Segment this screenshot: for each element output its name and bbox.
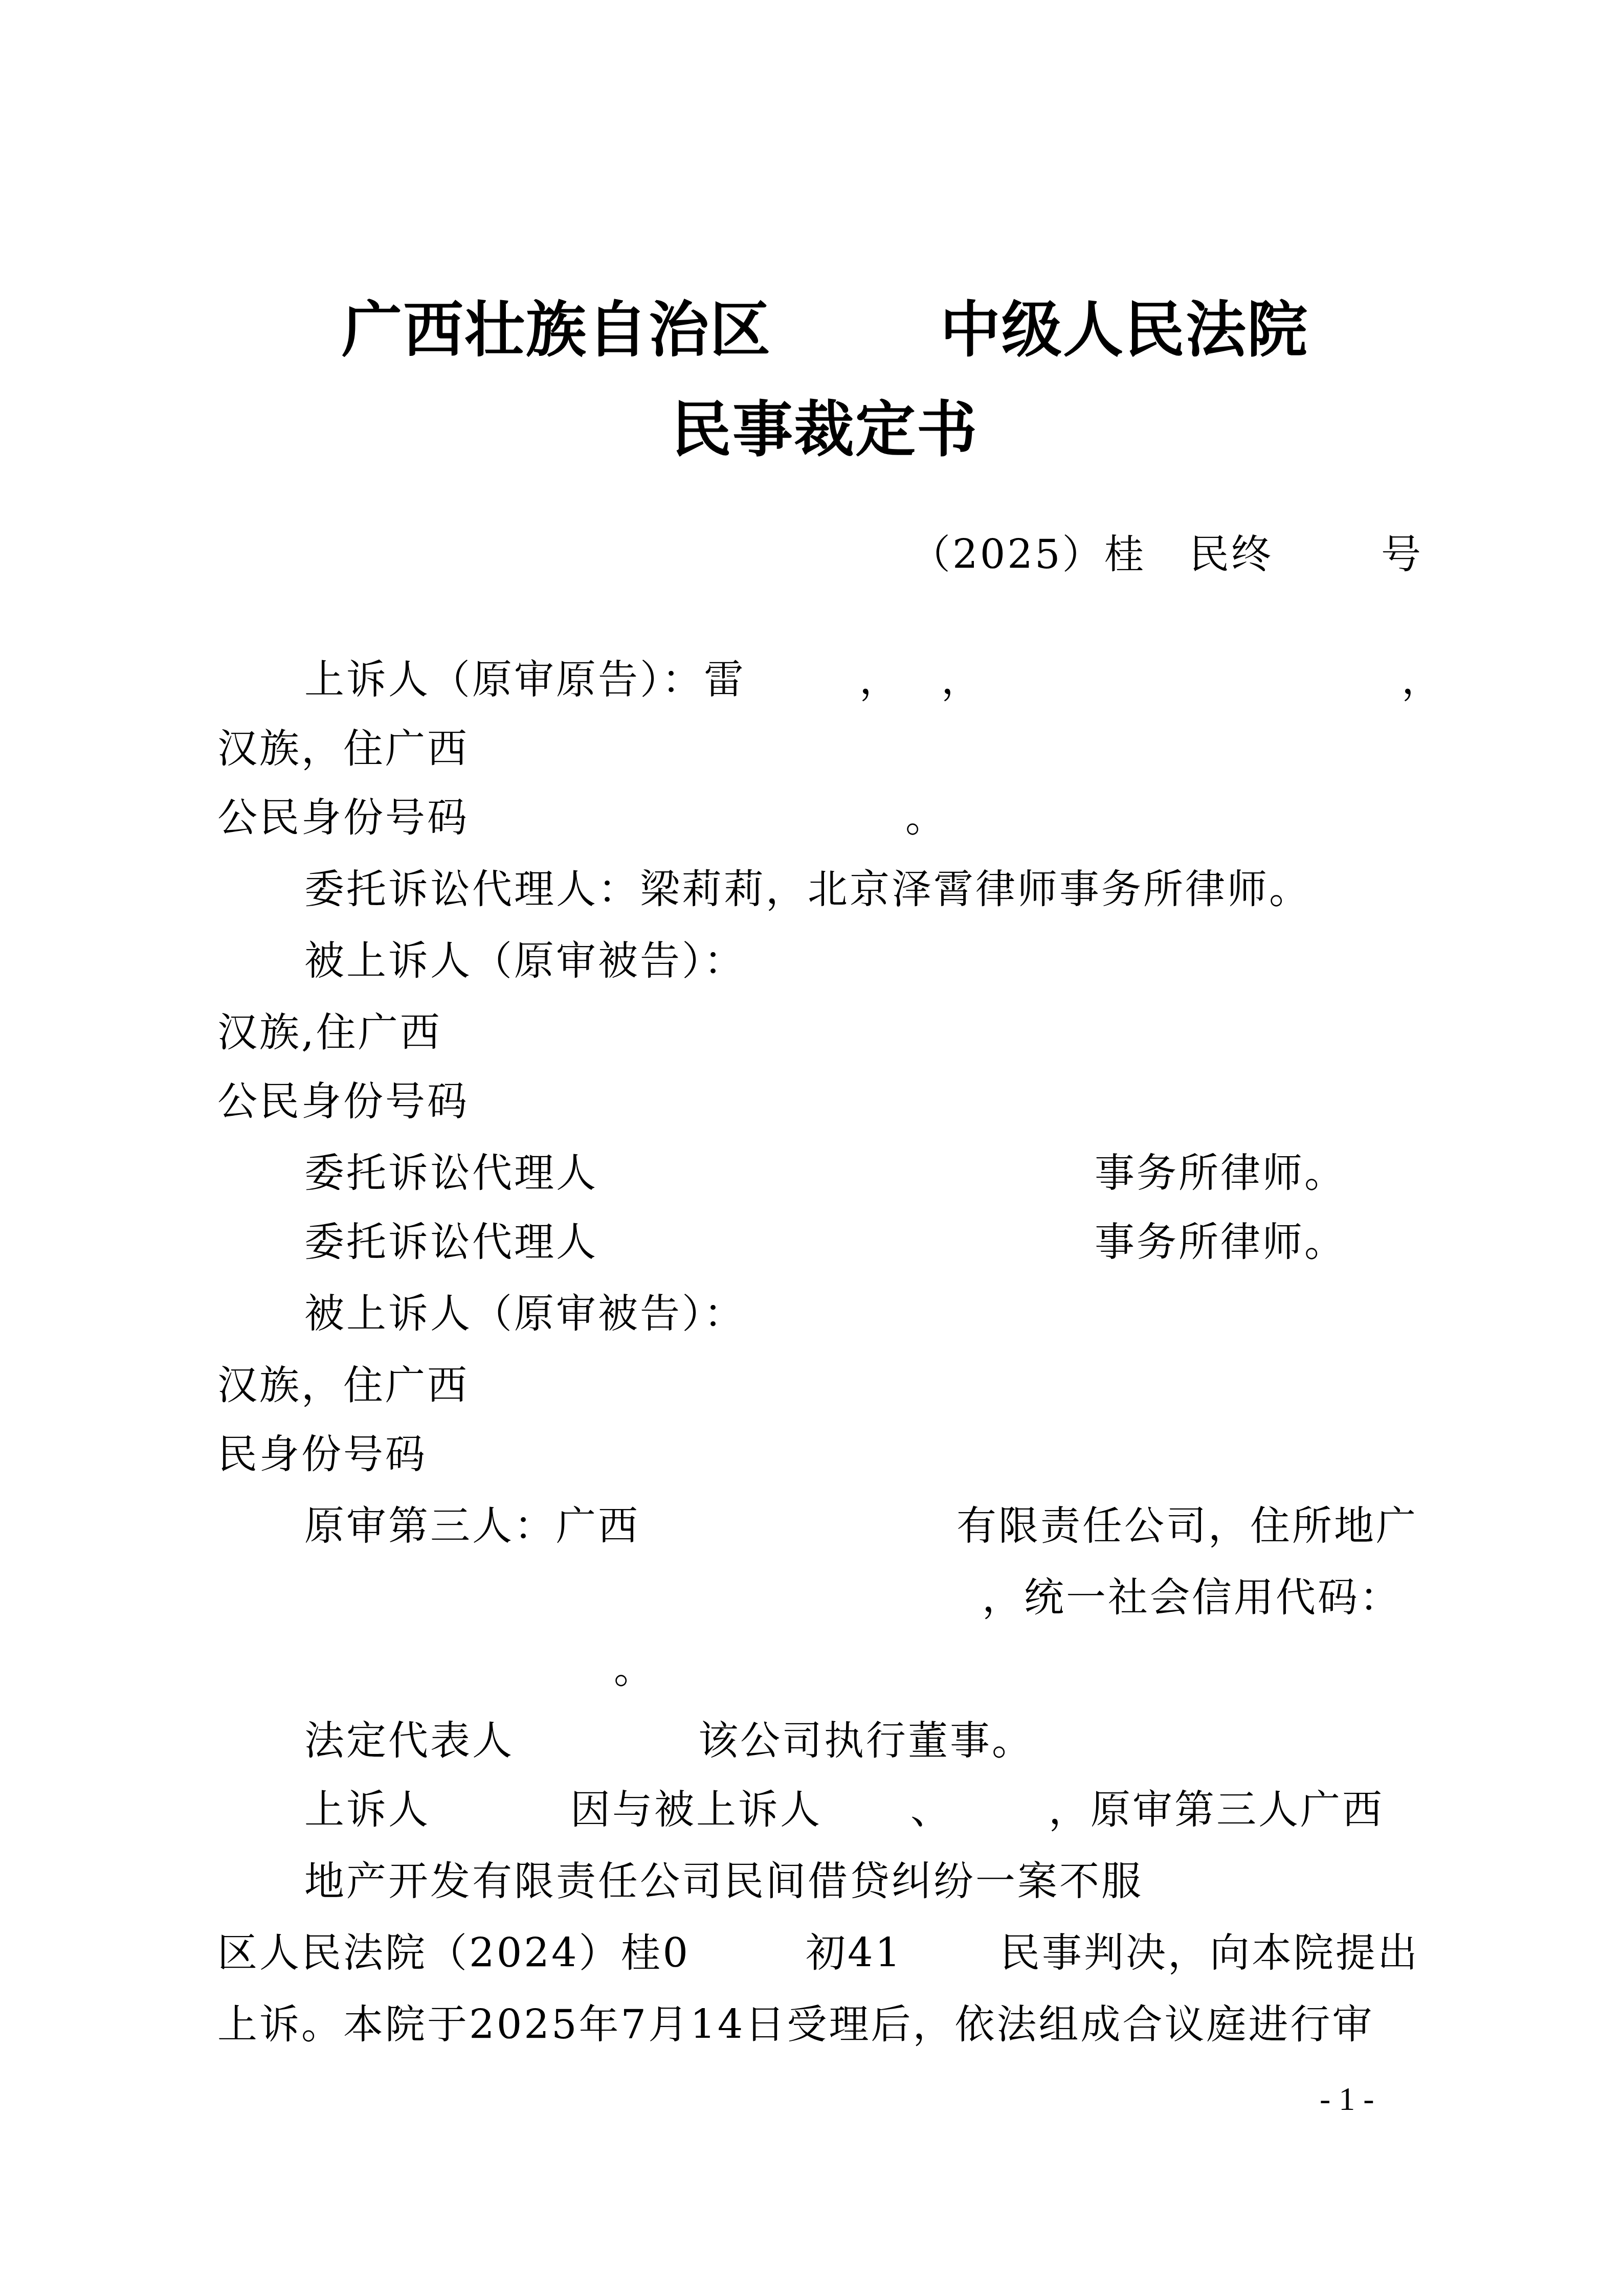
legal-rep-label: 法定代表人 (304, 1716, 514, 1767)
legal-rep-role: 该公司执行董事。 (698, 1716, 1034, 1767)
document-type-title: 民事裁定书 (671, 394, 978, 465)
appellee1-agent1-label: 委托诉讼代理人 (304, 1148, 598, 1199)
appellee1-agent1-firm: 事务所律师。 (1095, 1148, 1346, 1199)
body-p4: 上诉。本院于2025年7月14日受理后，依法组成合议庭进行审 (217, 1999, 1374, 2051)
body-p3-b: 初41 (806, 1928, 902, 1979)
appellant-label: 上诉人（原审原告）：雷 (304, 655, 746, 706)
appellant-comma-1: ， (859, 655, 901, 706)
body-p1-a: 上诉人 (304, 1785, 430, 1836)
third-party-company-suffix: 有限责任公司，住所地广 (956, 1501, 1418, 1552)
appellant-ethnicity-address: 汉族，住广西 (217, 724, 469, 775)
body-p2: 地产开发有限责任公司民间借贷纠纷一案不服 (304, 1856, 1143, 1907)
appellee2-id-label: 民身份号码 (217, 1429, 427, 1480)
body-p1-b: 因与被上诉人 (570, 1785, 822, 1836)
page-number: - 1 - (1320, 2079, 1374, 2120)
appellee2-ethnicity-address: 汉族，住广西 (217, 1360, 469, 1411)
appellee1-ethnicity-address: 汉族,住广西 (217, 1007, 442, 1059)
court-name-right: 中级人民法院 (940, 294, 1308, 366)
body-p3-a: 区人民法院（2024）桂0 (217, 1928, 690, 1979)
appellant-id-end: 。 (905, 793, 947, 844)
case-number-suffix: 号 (1381, 529, 1423, 580)
court-name-left: 广西壮族自治区 (342, 294, 771, 366)
appellant-comma-3: ， (1401, 655, 1443, 706)
appellee2-label: 被上诉人（原审被告）： (304, 1289, 746, 1340)
appellant-comma-2: ， (941, 655, 983, 706)
appellee1-agent2-firm: 事务所律师。 (1095, 1217, 1346, 1268)
document-page: 广西壮族自治区 中级人民法院 民事裁定书 （2025）桂 民终 号 上诉人（原审… (0, 0, 1624, 2296)
body-p3-c: 民事判决，向本院提出 (1000, 1928, 1419, 1979)
third-party-label: 原审第三人：广西 (304, 1501, 640, 1552)
case-number-prefix: （2025）桂 (910, 529, 1146, 580)
appellee1-agent2-label: 委托诉讼代理人 (304, 1217, 598, 1268)
body-p1-c: 、 (910, 1785, 952, 1836)
appellant-id-label: 公民身份号码 (217, 793, 469, 844)
appellee1-id-label: 公民身份号码 (217, 1076, 469, 1128)
third-party-credit-code-label: ，统一社会信用代码： (982, 1572, 1401, 1624)
appellant-agent: 委托诉讼代理人：梁莉莉，北京泽霄律师事务所律师。 (304, 864, 1311, 915)
body-p1-d: ，原审第三人广西 (1049, 1785, 1384, 1836)
case-number-middle: 民终 (1189, 529, 1273, 580)
third-party-end: 。 (614, 1644, 656, 1695)
appellee1-label: 被上诉人（原审被告）： (304, 936, 746, 987)
